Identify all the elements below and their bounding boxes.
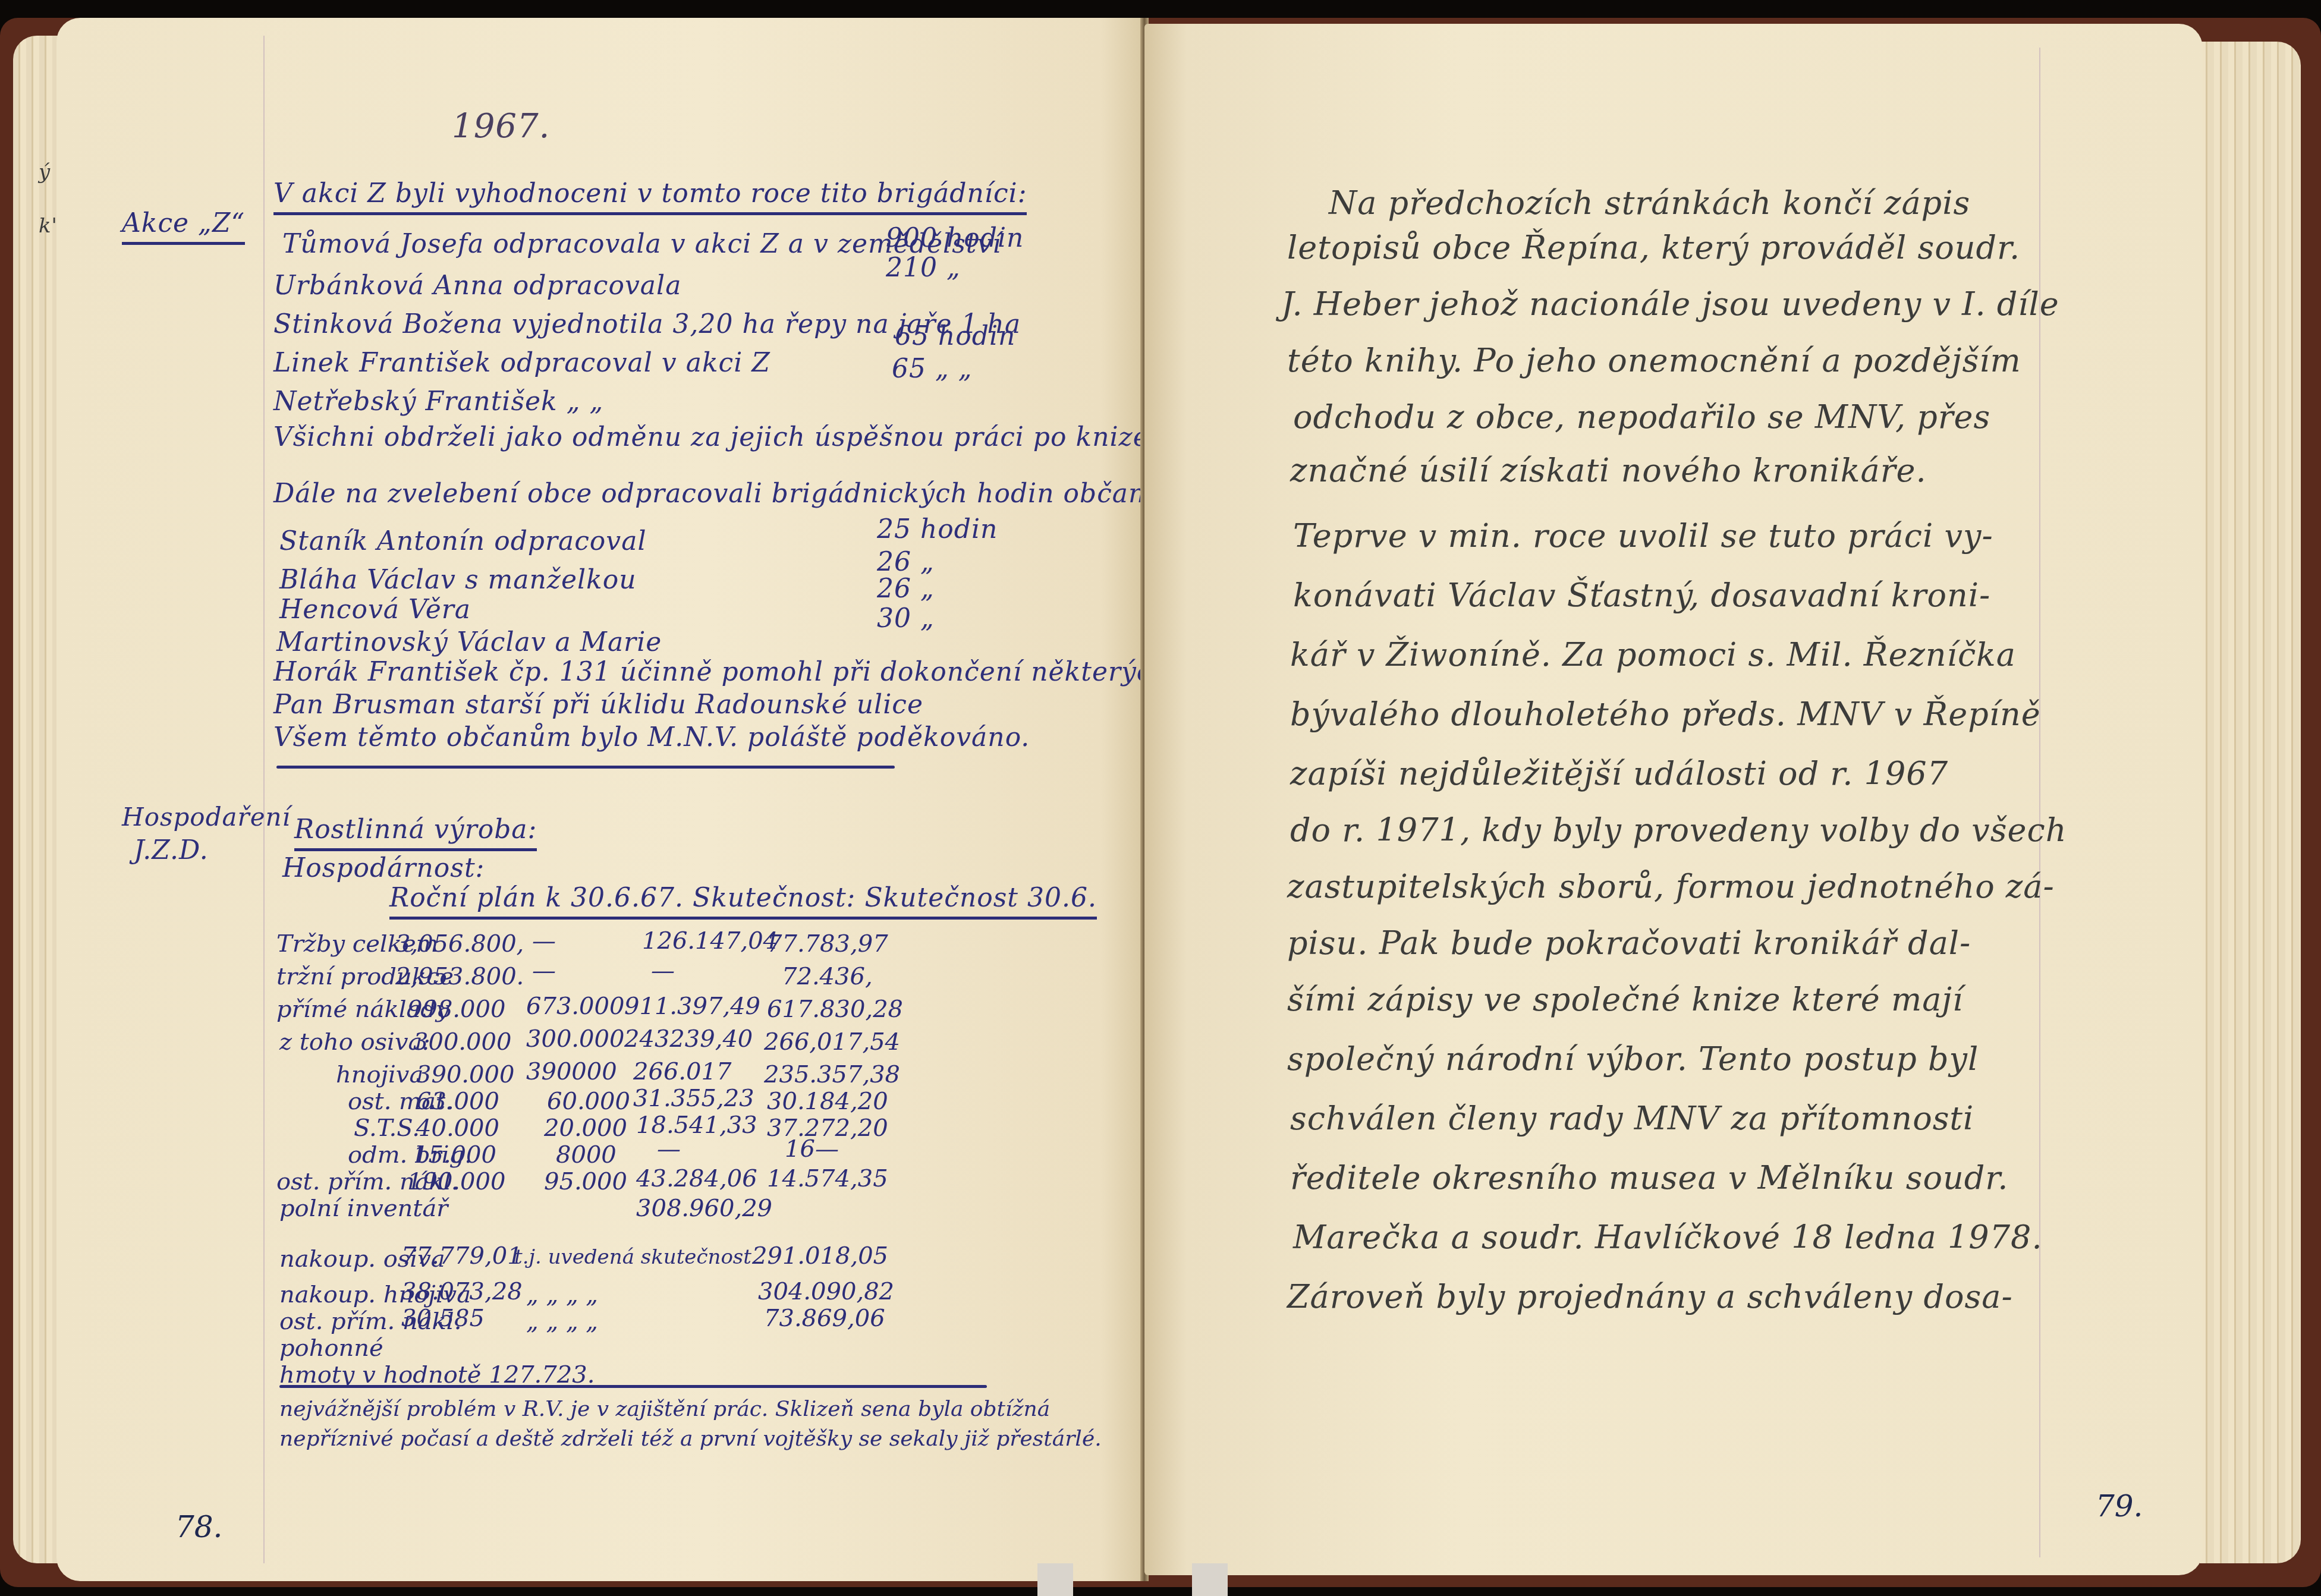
table-cell: 673.000 [526, 993, 624, 1020]
text-line: Na předchozích stránkách končí zápis [1329, 184, 1970, 222]
right-page: Na předchozích stránkách končí zápis let… [1144, 24, 2203, 1575]
text-line: této knihy. Po jeho onemocnění a pozdějš… [1287, 342, 2021, 379]
purchase-result: 291.018,05 [752, 1242, 888, 1270]
page-number-right: 79. [2096, 1489, 2143, 1523]
table-cell: 60.000 [547, 1088, 630, 1115]
list-item: Pan Brusman starší při úklidu Radounské … [273, 690, 923, 720]
table-cell: 235.357,38 [764, 1061, 900, 1088]
table-cell: — [532, 957, 556, 984]
text-line: šími zápisy ve společné knize které mají [1287, 981, 1963, 1018]
purchase-note: „ „ „ „ [526, 1281, 598, 1308]
table-cell: z toho osiva: [279, 1028, 430, 1056]
table-header: Roční plán k 30.6.67. Skutečnost: Skuteč… [389, 883, 1097, 920]
closing-line: Všichni obdrželi jako odměnu za jejich ú… [273, 422, 1158, 452]
table-cell: 30.184,20 [767, 1088, 888, 1115]
purchase-note: t.j. uvedená skutečnost [514, 1245, 751, 1269]
page-number-left: 78. [175, 1510, 223, 1544]
text-line: odchodu z obce, nepodařilo se MNV, přes [1293, 398, 1990, 436]
note-line: nejvážnější problém v R.V. je v zajištěn… [279, 1397, 1050, 1421]
list-item-value: 210 „ [886, 253, 961, 283]
text-line: pisu. Pak bude pokračovati kronikář dal- [1287, 924, 1971, 962]
table-cell: 16— [785, 1135, 839, 1163]
year-heading: 1967. [452, 107, 550, 146]
table-cell: 126.147,04 [642, 927, 778, 955]
table-cell: 266,017,54 [764, 1028, 900, 1056]
purchase-result: 304.090,82 [758, 1278, 894, 1305]
edge-mark: ý [39, 160, 51, 184]
list-item-value: 30 „ [877, 603, 935, 634]
edge-mark: k' [39, 214, 58, 238]
left-page: ý k' 1967. Akce „Z“ V akci Z byli vyhodn… [56, 18, 1144, 1581]
list-item-value: 65 hodin [895, 321, 1015, 351]
table-cell: 77.783,97 [767, 930, 888, 958]
margin-label-jzd: J.Z.D. [134, 835, 209, 865]
text-line: Teprve v min. roce uvolil se tuto práci … [1293, 517, 1993, 555]
fuel-label: pohonné [279, 1334, 383, 1362]
text-line: letopisů obce Řepína, který prováděl sou… [1287, 229, 2020, 266]
section-heading: V akci Z byli vyhodnoceni v tomto roce t… [273, 178, 1027, 215]
section-heading: Rostlinná výroba: [294, 814, 537, 851]
list-item: Netřebský František „ „ [273, 386, 603, 417]
text-line: bývalého dlouholetého předs. MNV v Řepín… [1290, 695, 2041, 733]
table-cell: 243239,40 [624, 1025, 753, 1053]
table-cell: 998.000 [407, 996, 505, 1023]
list-item-value: 26 „ [877, 547, 935, 577]
text-line: společný národní výbor. Tento postup byl [1287, 1040, 1979, 1078]
margin-label-hospodareni: Hospodaření [122, 802, 291, 832]
table-cell: 300.000 [526, 1025, 624, 1053]
table-cell: 266.017 [633, 1058, 731, 1085]
table-cell: hnojiva [336, 1061, 423, 1088]
list-item: Urbánková Anna odpracovala [273, 270, 681, 301]
table-cell: 390.000 [416, 1061, 514, 1088]
text-line: Zároveň byly projednány a schváleny dosa… [1287, 1278, 2013, 1315]
table-cell: 911.397,49 [624, 993, 760, 1020]
list-item-value: 25 hodin [877, 514, 998, 544]
table-cell: 390000 [526, 1058, 617, 1085]
text-line: zapíši nejdůležitější události od r. 196… [1290, 755, 1948, 792]
section-heading: Dále na zvelebení obce odpracovali brigá… [273, 479, 1171, 509]
table-cell: 8000 [556, 1141, 617, 1169]
table-cell: 31.355,23 [633, 1085, 754, 1112]
list-item: Linek František odpracoval v akci Z [273, 348, 770, 378]
list-item: Martinovský Václav a Marie [276, 627, 662, 657]
purchase-result: 73.869,06 [764, 1305, 885, 1332]
margin-label-akce-z: Akce „Z“ [122, 208, 245, 245]
table-cell: polní inventář [279, 1195, 448, 1222]
margin-rule [263, 36, 265, 1563]
text-line: Marečka a soudr. Havlíčkové 18 ledna 197… [1293, 1219, 2043, 1256]
bookmark-ribbon [1037, 1563, 1073, 1596]
table-cell: 95.000 [544, 1168, 627, 1195]
table-cell: 190.000 [407, 1168, 505, 1195]
list-item-value: 26 „ [877, 574, 935, 604]
list-item: Horák František čp. 131 účinně pomohl př… [273, 657, 1235, 687]
table-cell: 72.436, [782, 963, 873, 990]
list-item: Hencová Věra [279, 594, 471, 625]
subheading: Hospodárnost: [282, 853, 485, 883]
purchase-value: 38.073,28 [401, 1278, 523, 1305]
list-item: Bláha Václav s manželkou [279, 565, 637, 595]
table-cell: 300.000 [413, 1028, 511, 1056]
table-cell: 20.000 [544, 1115, 627, 1142]
list-item: Všem těmto občanům bylo M.N.V. poláště p… [273, 722, 1030, 753]
right-page-edges [2200, 42, 2301, 1563]
table-cell: — [651, 957, 675, 984]
divider-rule [276, 766, 895, 769]
table-cell: 15.000 [413, 1141, 496, 1169]
list-item-value: 900 hodin [886, 223, 1024, 253]
table-cell: 18.541,33 [636, 1112, 757, 1139]
purchase-note: „ „ „ „ [526, 1308, 598, 1335]
purchase-value: 30.585 [401, 1305, 485, 1332]
text-line: schválen členy rady MNV za přítomnosti [1290, 1100, 1974, 1137]
table-cell: 308.960,29 [636, 1195, 772, 1222]
note-line: nepříznivé počasí a deště zdrželi též a … [279, 1427, 1102, 1451]
text-line: do r. 1971, kdy byly provedeny volby do … [1290, 811, 2067, 849]
table-cell: 63.000 [416, 1088, 499, 1115]
list-item-value: 65 „ „ [892, 354, 973, 384]
text-line: zastupitelských sborů, formou jednotného… [1287, 868, 2055, 905]
bookmark-ribbon [1192, 1563, 1228, 1596]
text-line: značné úsilí získati nového kronikáře. [1290, 452, 1927, 489]
purchase-value: 77.779,01 [401, 1242, 523, 1270]
table-cell: 617.830,28 [767, 996, 903, 1023]
table-cell: 43.284,06 [636, 1165, 757, 1192]
text-line: J. Heber jehož nacionále jsou uvedeny v … [1281, 285, 2059, 323]
table-cell: — [657, 1135, 681, 1163]
table-cell: — [532, 927, 556, 955]
table-cell: 3,056.800, [395, 930, 524, 958]
text-line: konávati Václav Šťastný, dosavadní kroni… [1293, 577, 1990, 614]
table-cell: 14.574,35 [767, 1165, 888, 1192]
margin-rule [2039, 48, 2040, 1557]
list-item: Staník Antonín odpracoval [279, 526, 647, 556]
table-cell: S.T.S. [354, 1115, 420, 1142]
divider-rule [279, 1385, 987, 1388]
table-cell: 2,953.800. [395, 963, 524, 990]
text-line: kář v Žiwoníně. Za pomoci s. Mil. Řezníč… [1290, 636, 2016, 673]
table-cell: 40.000 [416, 1115, 499, 1142]
text-line: ředitele okresního musea v Mělníku soudr… [1290, 1159, 2008, 1197]
